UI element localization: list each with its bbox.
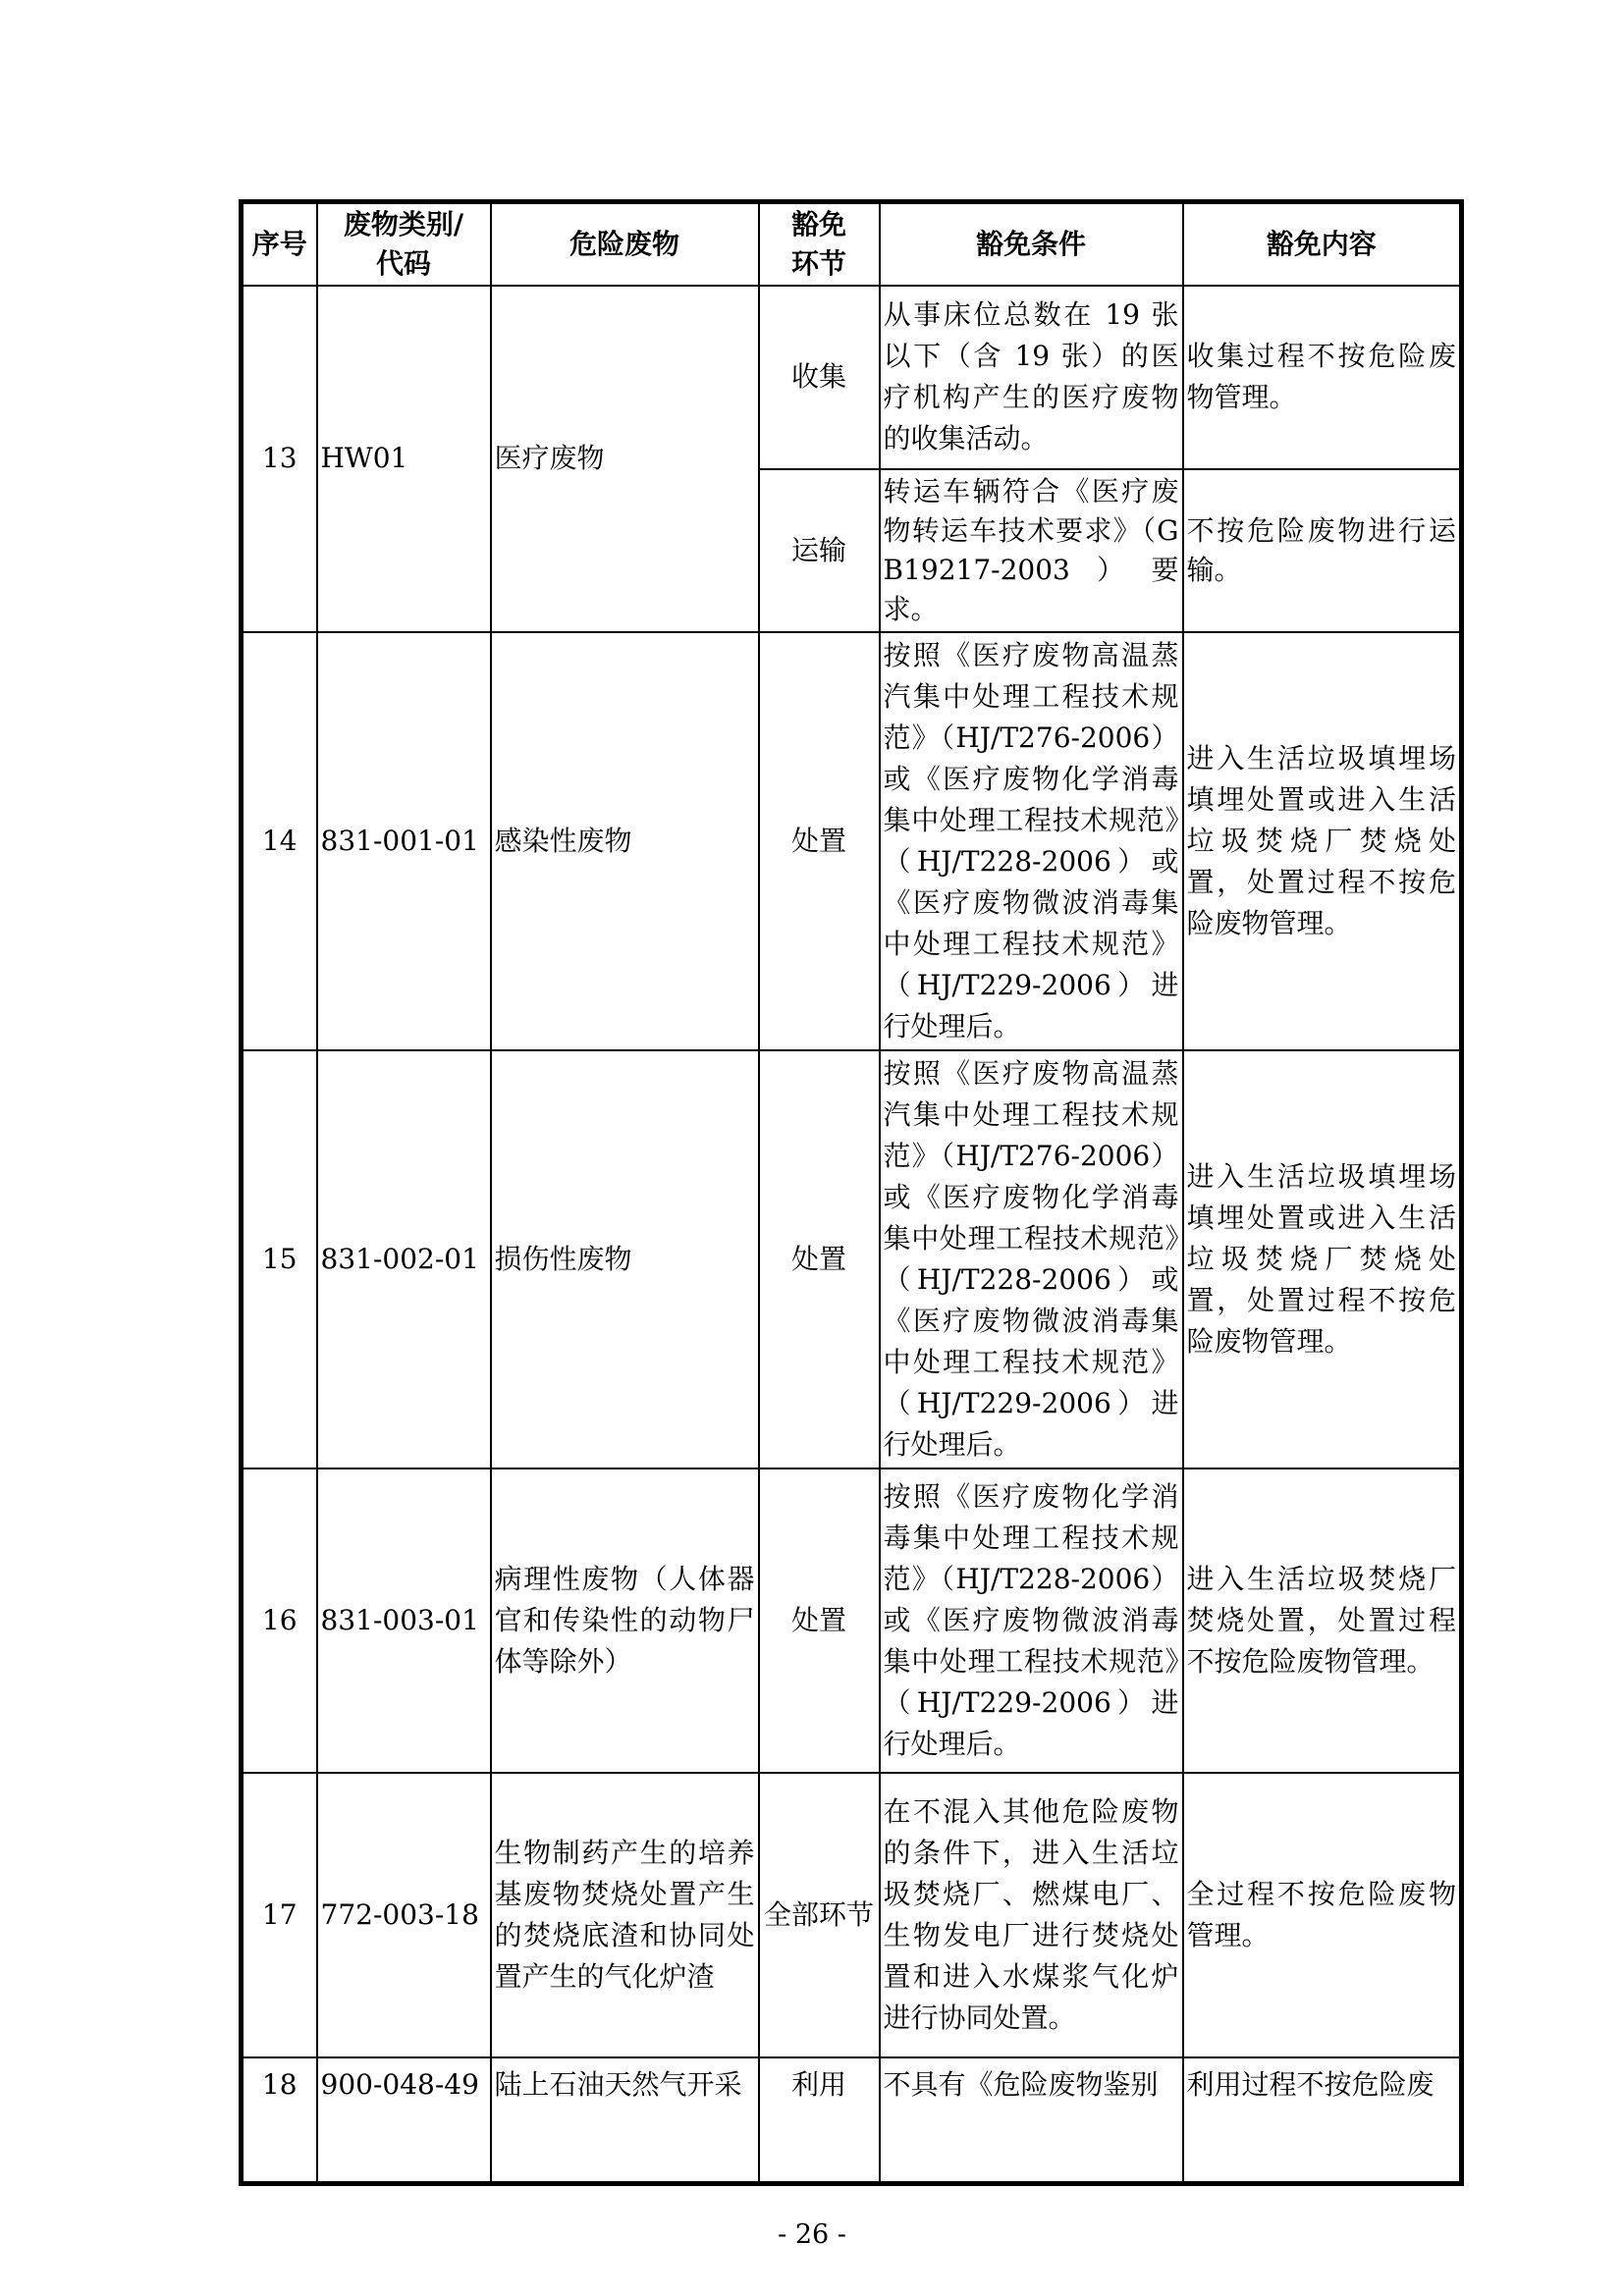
cell-r16-stage: 处置: [759, 1468, 880, 1773]
cell-r14-stage: 处置: [759, 632, 880, 1050]
cell-r13a-content: 收集过程不按危险废物管理。: [1183, 286, 1462, 469]
exemption-table: 序号 废物类别/代码 危险废物 豁免环节 豁免条件 豁免内容 13 HW01 医…: [239, 199, 1464, 2186]
cell-r15-content: 进入生活垃圾填埋场填埋处置或进入生活垃圾焚烧厂焚烧处置，处置过程不按危险废物管理…: [1183, 1050, 1462, 1468]
cell-r13b-condition: 转运车辆符合《医疗废物转运车技术要求》（GB19217-2003）要求。: [880, 469, 1183, 632]
cell-r17-content: 全过程不按危险废物管理。: [1183, 1773, 1462, 2057]
cell-r16-waste: 病理性废物（人体器官和传染性的动物尸体等除外）: [491, 1468, 759, 1773]
cell-r15-no: 15: [242, 1050, 317, 1468]
cell-r18-condition: 不具有《危险废物鉴别: [880, 2057, 1183, 2184]
cell-r15-stage: 处置: [759, 1050, 880, 1468]
cell-r18-content: 利用过程不按危险废: [1183, 2057, 1462, 2184]
table-row-18-truncated: 18 900-048-49 陆上石油天然气开采 利用 不具有《危险废物鉴别 利用…: [242, 2057, 1462, 2184]
header-exemption-condition: 豁免条件: [880, 202, 1183, 286]
document-page: 序号 废物类别/代码 危险废物 豁免环节 豁免条件 豁免内容 13 HW01 医…: [0, 0, 1624, 2296]
cell-r17-condition: 在不混入其他危险废物的条件下，进入生活垃圾焚烧厂、燃煤电厂、生物发电厂进行焚烧处…: [880, 1773, 1183, 2057]
cell-r14-condition: 按照《医疗废物高温蒸汽集中处理工程技术规范》（HJ/T276-2006）或《医疗…: [880, 632, 1183, 1050]
cell-r17-waste: 生物制药产生的培养基废物焚烧处置产生的焚烧底渣和协同处置产生的气化炉渣: [491, 1773, 759, 2057]
header-category-code: 废物类别/代码: [317, 202, 491, 286]
cell-r16-code: 831-003-01: [317, 1468, 491, 1773]
cell-r16-content: 进入生活垃圾焚烧厂焚烧处置，处置过程不按危险废物管理。: [1183, 1468, 1462, 1773]
cell-r15-waste: 损伤性废物: [491, 1050, 759, 1468]
cell-r18-waste: 陆上石油天然气开采: [491, 2057, 759, 2184]
cell-r15-condition: 按照《医疗废物高温蒸汽集中处理工程技术规范》（HJ/T276-2006）或《医疗…: [880, 1050, 1183, 1468]
cell-r14-waste: 感染性废物: [491, 632, 759, 1050]
header-hazardous-waste: 危险废物: [491, 202, 759, 286]
table-row-14: 14 831-001-01 感染性废物 处置 按照《医疗废物高温蒸汽集中处理工程…: [242, 632, 1462, 1050]
cell-r14-code: 831-001-01: [317, 632, 491, 1050]
cell-r13b-stage: 运输: [759, 469, 880, 632]
cell-r13a-stage: 收集: [759, 286, 880, 469]
cell-r18-no: 18: [242, 2057, 317, 2184]
cell-r13-waste: 医疗废物: [491, 286, 759, 632]
cell-r16-no: 16: [242, 1468, 317, 1773]
header-no: 序号: [242, 202, 317, 286]
cell-r13b-content: 不按危险废物进行运输。: [1183, 469, 1462, 632]
cell-r15-code: 831-002-01: [317, 1050, 491, 1468]
header-exemption-content: 豁免内容: [1183, 202, 1462, 286]
page-number: - 26 -: [0, 2220, 1624, 2250]
cell-r16-condition: 按照《医疗废物化学消毒集中处理工程技术规范》（HJ/T228-2006）或《医疗…: [880, 1468, 1183, 1773]
header-exemption-stage: 豁免环节: [759, 202, 880, 286]
cell-r13a-condition: 从事床位总数在 19 张以下（含 19 张）的医疗机构产生的医疗废物的收集活动。: [880, 286, 1183, 469]
cell-r18-code: 900-048-49: [317, 2057, 491, 2184]
cell-r18-stage: 利用: [759, 2057, 880, 2184]
cell-r13-code: HW01: [317, 286, 491, 632]
cell-r14-content: 进入生活垃圾填埋场填埋处置或进入生活垃圾焚烧厂焚烧处置，处置过程不按危险废物管理…: [1183, 632, 1462, 1050]
table-row-13-collect: 13 HW01 医疗废物 收集 从事床位总数在 19 张以下（含 19 张）的医…: [242, 286, 1462, 469]
cell-r13-no: 13: [242, 286, 317, 632]
table-row-15: 15 831-002-01 损伤性废物 处置 按照《医疗废物高温蒸汽集中处理工程…: [242, 1050, 1462, 1468]
table-header-row: 序号 废物类别/代码 危险废物 豁免环节 豁免条件 豁免内容: [242, 202, 1462, 286]
table-row-17: 17 772-003-18 生物制药产生的培养基废物焚烧处置产生的焚烧底渣和协同…: [242, 1773, 1462, 2057]
cell-r17-stage: 全部环节: [759, 1773, 880, 2057]
table-row-16: 16 831-003-01 病理性废物（人体器官和传染性的动物尸体等除外） 处置…: [242, 1468, 1462, 1773]
cell-r14-no: 14: [242, 632, 317, 1050]
cell-r17-no: 17: [242, 1773, 317, 2057]
cell-r17-code: 772-003-18: [317, 1773, 491, 2057]
